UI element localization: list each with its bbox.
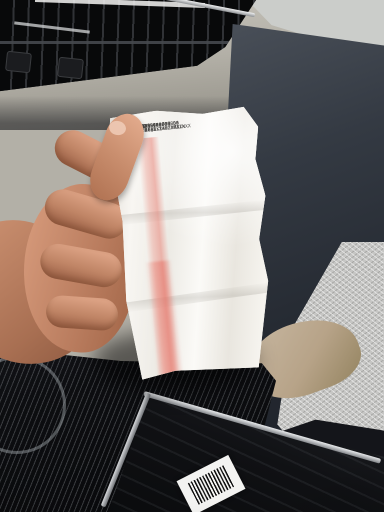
vent-button-icon (5, 51, 32, 74)
receipt-pink-stripe (145, 260, 184, 376)
car-interior-photo: Welcome to Wawa #8060Phone: (855) 380-20… (0, 0, 384, 512)
receipt-crease (113, 200, 267, 226)
receipt-crease (122, 282, 276, 313)
vent-button-icon (57, 57, 84, 80)
pinky-finger (45, 295, 119, 332)
